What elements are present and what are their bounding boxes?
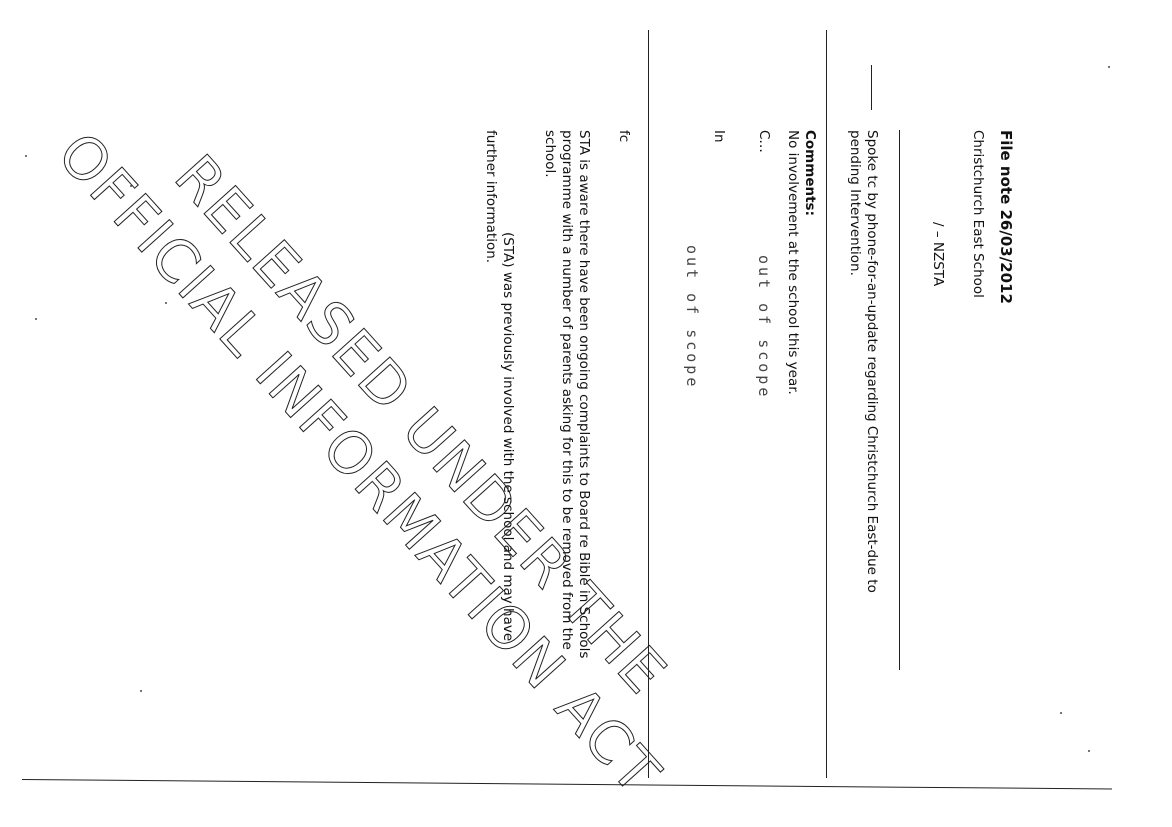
comments-heading: Comments: [802, 130, 818, 216]
paragraph1-line2: pending Intervention. [847, 130, 863, 276]
handwritten-out-of-scope-2: out of scope [684, 245, 700, 389]
redacted-line-prefix: C… [756, 130, 772, 153]
document-title: File note 26/03/2012 [998, 130, 1014, 304]
redacted-prefix-in: In [711, 130, 727, 143]
redacted-prefix-fc: fc [616, 130, 632, 142]
comment-no-involvement: No involvement at the school this year. [785, 130, 801, 395]
contact-name: / – NZSTA [930, 222, 946, 286]
paragraph1-line1: Spoke tc by phone-for-an-update regardin… [864, 130, 880, 593]
paragraph2-line3: school. [542, 130, 558, 178]
paragraph3-line2: further information. [483, 130, 499, 263]
handwritten-out-of-scope-1: out of scope [756, 255, 772, 399]
school-name: Christchurch East School [970, 130, 986, 298]
